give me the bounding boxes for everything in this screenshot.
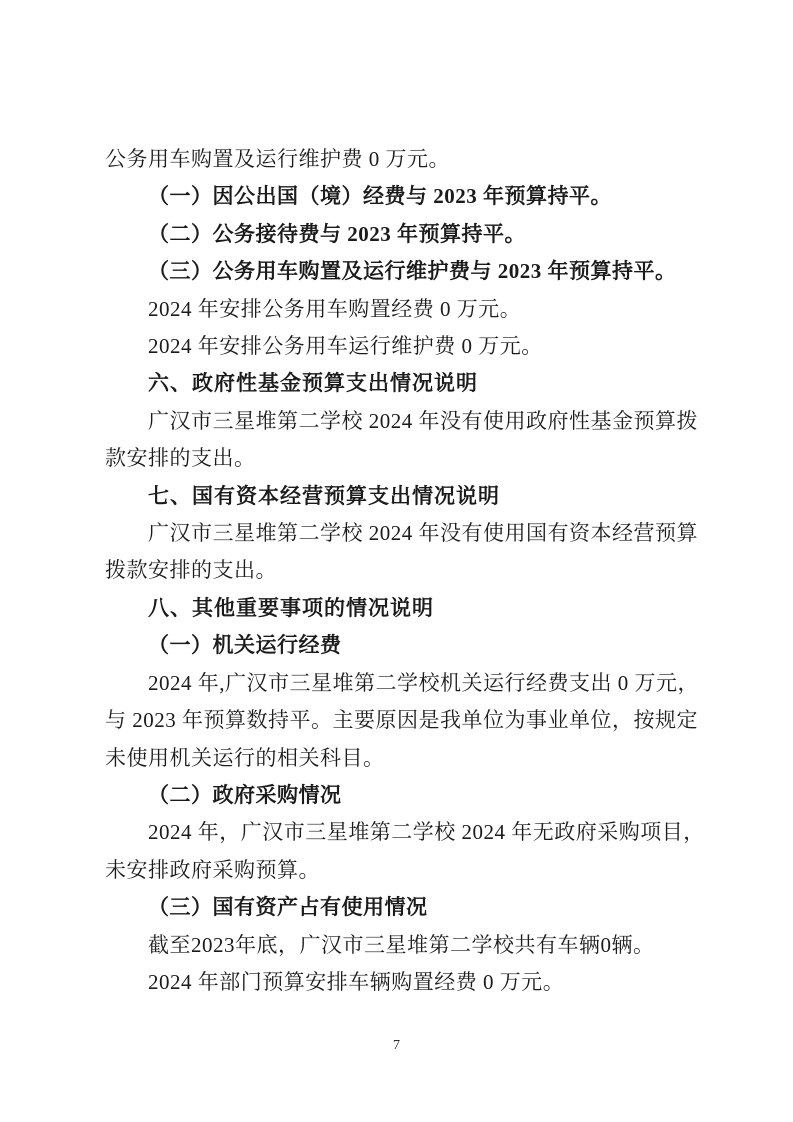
- text-line: 公务用车购置及运行维护费 0 万元。: [105, 141, 711, 178]
- page-number: 7: [0, 1036, 793, 1056]
- text-line: 款安排的支出。: [105, 440, 711, 477]
- text-line: （一）机关运行经费: [105, 627, 711, 664]
- text-line: 2024 年安排公务用车购置经费 0 万元。: [105, 291, 711, 328]
- text-line: （二）公务接待费与 2023 年预算持平。: [105, 216, 711, 253]
- text-line: 2024 年,广汉市三星堆第二学校机关运行经费支出 0 万元，: [105, 665, 711, 702]
- text-line: 2024 年，广汉市三星堆第二学校 2024 年无政府采购项目，: [105, 814, 711, 851]
- text-line: （三）国有资产占有使用情况: [105, 889, 711, 926]
- text-line: 与 2023 年预算数持平。主要原因是我单位为事业单位，按规定: [105, 702, 711, 739]
- document-content: 公务用车购置及运行维护费 0 万元。（一）因公出国（境）经费与 2023 年预算…: [105, 141, 711, 1001]
- text-line: 七、国有资本经营预算支出情况说明: [105, 478, 711, 515]
- text-line: 广汉市三星堆第二学校 2024 年没有使用政府性基金预算拨: [105, 403, 711, 440]
- text-line: 六、政府性基金预算支出情况说明: [105, 365, 711, 402]
- document-page: 公务用车购置及运行维护费 0 万元。（一）因公出国（境）经费与 2023 年预算…: [0, 0, 793, 1122]
- text-line: 2024 年安排公务用车运行维护费 0 万元。: [105, 328, 711, 365]
- text-line: 拨款安排的支出。: [105, 552, 711, 589]
- text-line: （三）公务用车购置及运行维护费与 2023 年预算持平。: [105, 253, 711, 290]
- text-line: 未安排政府采购预算。: [105, 852, 711, 889]
- text-line: 未使用机关运行的相关科目。: [105, 740, 711, 777]
- text-line: 截至2023年底，广汉市三星堆第二学校共有车辆0辆。: [105, 927, 711, 964]
- text-line: 广汉市三星堆第二学校 2024 年没有使用国有资本经营预算: [105, 515, 711, 552]
- text-line: （一）因公出国（境）经费与 2023 年预算持平。: [105, 178, 711, 215]
- text-line: 2024 年部门预算安排车辆购置经费 0 万元。: [105, 964, 711, 1001]
- text-line: 八、其他重要事项的情况说明: [105, 590, 711, 627]
- text-line: （二）政府采购情况: [105, 777, 711, 814]
